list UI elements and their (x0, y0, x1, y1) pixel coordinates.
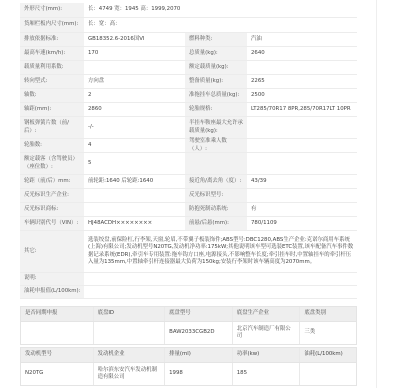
spec-row: 钢板弹簧片数（前/后）:-/-半挂车鞍座最大允许承载质量(kg): (20, 117, 357, 139)
spec-label: 油耗申报值(L/100km): (20, 286, 84, 298)
spec-value: 170 (84, 47, 185, 60)
spec-row: 油耗申报值(L/100km): (20, 286, 357, 299)
spec-label: 前悬/后悬(mm): (185, 217, 247, 230)
table-cell (94, 322, 166, 344)
spec-label: 驾驶室准乘人数（人）: (185, 139, 247, 152)
column-header: 底盘类别 (300, 307, 356, 321)
spec-row: 轴数:2准拖挂车总质量(kg):2500 (20, 89, 357, 103)
spec-row: 轮胎数:4驾驶室准乘人数（人）: (20, 139, 357, 153)
spec-label: 其它: (20, 231, 84, 272)
spec-label: 额定载客（含驾驶员）（座位数）: (20, 153, 84, 174)
column-header: 底盘ID (94, 307, 166, 321)
spec-value (247, 189, 357, 202)
table-cell: 三类 (300, 322, 356, 344)
spec-label: 说明: (20, 273, 84, 285)
spec-label (185, 153, 247, 174)
engine-table: 发动机型号发动机企业排量(ml)功率(kw)油耗(L/100km)N20TG哈尔… (20, 347, 357, 386)
table-cell (21, 322, 94, 344)
spec-label: 钢板弹簧片数（前/后）: (20, 117, 84, 138)
spec-value: 5 (84, 153, 185, 174)
spec-label: 轮胎规格: (185, 103, 247, 116)
spec-value: 2265 (247, 75, 357, 88)
spec-label: 转向型式: (20, 75, 84, 88)
spec-value: LT285/70R17 8PR,285/70R17LT 10PR (247, 103, 357, 116)
spec-label: 反光标识型号: (185, 189, 247, 202)
spec-value (247, 61, 357, 74)
spec-label: 整备质量(kg): (185, 75, 247, 88)
table-cell: 185 (233, 363, 301, 385)
spec-row: 车辆识别代号（VIN）:HJ48ACDH××××××××前悬/后悬(mm):78… (20, 217, 357, 231)
column-header: 底盘生产企业 (233, 307, 301, 321)
spec-value: 2500 (247, 89, 357, 102)
spec-label: 轮胎数: (20, 139, 84, 152)
spec-label: 最高车速(km/h): (20, 47, 84, 60)
spec-value: 780/1109 (247, 217, 357, 230)
spec-row: 反光标识生产企业:反光标识型号: (20, 189, 357, 203)
table-cell: BAW2033CGB2D (165, 322, 233, 344)
spec-value: -/- (84, 117, 185, 138)
spec-value: GB18352.6-2016国VI (84, 33, 185, 46)
spec-row: 载质量利用系数:额定载质量(kg): (20, 61, 357, 75)
spec-table: 外形尺寸(mm):长：4749 宽：1945 高：1999,2070货厢栏板内尺… (20, 3, 357, 299)
spec-value: 有 (247, 203, 357, 216)
vehicle-spec-page: 外形尺寸(mm):长：4749 宽：1945 高：1999,2070货厢栏板内尺… (0, 0, 400, 388)
spec-value (84, 286, 357, 298)
spec-label: 货厢栏板内尺寸(mm): (20, 18, 84, 32)
spec-row: 货厢栏板内尺寸(mm):长：宽：高： (20, 18, 357, 33)
spec-value (247, 139, 357, 152)
spec-value: HJ48ACDH×××××××× (84, 217, 185, 230)
spec-value (247, 153, 357, 174)
column-header: 底盘型号 (165, 307, 233, 321)
spec-value: 2640 (247, 47, 357, 60)
spec-label: 车辆识别代号（VIN）: (20, 217, 84, 230)
column-header: 发动机型号 (21, 348, 94, 362)
spec-value (84, 273, 357, 285)
spec-label: 接近角/离去角（度）: (185, 175, 247, 188)
spec-row: 最高车速(km/h):170总质量(kg):2640 (20, 47, 357, 61)
spec-row: 其它:选装绞盘,前保险杠,行李架,天窗,轮眉,不带翼子板装饰件;ABS型号:DB… (20, 231, 357, 273)
spec-label: 排放依据标准: (20, 33, 84, 46)
table-row: BAW2033CGB2D北京汽车制造厂有限公司三类 (21, 322, 356, 344)
table-row: N20TG哈尔滨东安汽车发动机制造有限公司1998185 (21, 363, 356, 385)
spec-label: 燃料种类: (185, 33, 247, 46)
column-header: 功率(kw) (233, 348, 301, 362)
chassis-table: 是否同期申报底盘ID底盘型号底盘生产企业底盘类别BAW2033CGB2D北京汽车… (20, 306, 357, 345)
spec-row: 外形尺寸(mm):长：4749 宽：1945 高：1999,2070 (20, 3, 357, 18)
table-cell: N20TG (21, 363, 94, 385)
spec-row: 反光标识商标:防抱死制动系统:有 (20, 203, 357, 217)
spec-label: 防抱死制动系统: (185, 203, 247, 216)
table-cell: 1998 (165, 363, 233, 385)
spec-label: 反光标识商标: (20, 203, 84, 216)
column-header: 油耗(L/100km) (300, 348, 356, 362)
spec-value: 43/39 (247, 175, 357, 188)
spec-label: 载质量利用系数: (20, 61, 84, 74)
column-header: 排量(ml) (165, 348, 233, 362)
spec-row: 轴距(mm):2860轮胎规格:LT285/70R17 8PR,285/70R1… (20, 103, 357, 117)
spec-value: 前轮距:1640 后轮距:1640 (84, 175, 185, 188)
table-cell: 北京汽车制造厂有限公司 (233, 322, 301, 344)
spec-value (247, 117, 357, 138)
spec-label: 半挂车鞍座最大允许承载质量(kg): (185, 117, 247, 138)
table-cell: 哈尔滨东安汽车发动机制造有限公司 (94, 363, 166, 385)
spec-value (84, 189, 185, 202)
table-header-row: 是否同期申报底盘ID底盘型号底盘生产企业底盘类别 (21, 307, 356, 322)
table-cell (300, 363, 356, 385)
spec-label: 外形尺寸(mm): (20, 3, 84, 17)
spec-label: 轴数: (20, 89, 84, 102)
spec-value: 汽油 (247, 33, 357, 46)
spec-label: 额定载质量(kg): (185, 61, 247, 74)
column-header: 是否同期申报 (21, 307, 94, 321)
spec-row: 说明: (20, 273, 357, 286)
spec-row: 转向型式:方向盘整备质量(kg):2265 (20, 75, 357, 89)
spec-row: 额定载客（含驾驶员）（座位数）:5 (20, 153, 357, 175)
spec-label: 反光标识生产企业: (20, 189, 84, 202)
spec-value: 2 (84, 89, 185, 102)
column-header: 发动机企业 (94, 348, 166, 362)
spec-value: 选装绞盘,前保险杠,行李架,天窗,轮眉,不带翼子板装饰件;ABS型号:DBC12… (84, 231, 357, 272)
spec-label: 总质量(kg): (185, 47, 247, 60)
spec-value: 2860 (84, 103, 185, 116)
spec-value (84, 61, 185, 74)
spec-value: 方向盘 (84, 75, 185, 88)
spec-value: 长：4749 宽：1945 高：1999,2070 (84, 3, 357, 17)
spec-row: 排放依据标准:GB18352.6-2016国VI燃料种类:汽油 (20, 33, 357, 47)
spec-label: 准拖挂车总质量(kg): (185, 89, 247, 102)
spec-row: 轮距（前/后）mm:前轮距:1640 后轮距:1640接近角/离去角（度）:43… (20, 175, 357, 189)
spec-label: 轴距(mm): (20, 103, 84, 116)
spec-label: 轮距（前/后）mm: (20, 175, 84, 188)
spec-value: 4 (84, 139, 185, 152)
spec-value: 长：宽：高： (84, 18, 357, 32)
table-header-row: 发动机型号发动机企业排量(ml)功率(kw)油耗(L/100km) (21, 348, 356, 363)
spec-value (84, 203, 185, 216)
